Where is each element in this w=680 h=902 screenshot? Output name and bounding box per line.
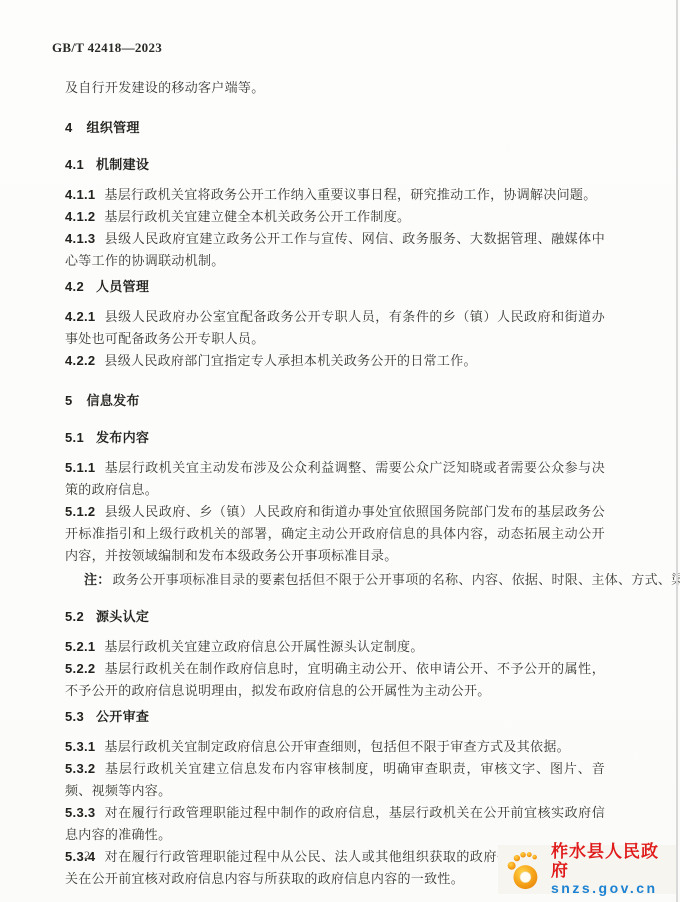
page-content: GB/T 42418—2023 及自行开发建设的移动客户端等。4组织管理4.1机… [65,37,605,890]
clause-number: 4.1.2 [65,209,95,224]
clause-5.2.2: 5.2.2基层行政机关在制作政府信息时，宜明确主动公开、依申请公开、不予公开的属… [65,658,605,702]
body-text: 基层行政机关宜制定政府信息公开审查细则，包括但不限于审查方式及其依据。 [104,739,570,754]
clause-5.1.2: 5.1.2县级人民政府、乡（镇）人民政府和街道办事处宜依照国务院部门发布的基层政… [65,501,605,567]
clause-number: 4 [65,120,73,135]
clause-number: 4.2.2 [65,353,95,368]
note-label: 注： [84,572,111,587]
intro-paragraph: 及自行开发建设的移动客户端等。 [65,77,605,99]
heading-4.1: 4.1机制建设 [65,154,605,176]
clause-5.3.2: 5.3.2基层行政机关宜建立信息发布内容审核制度，明确审查职责，审核文字、图片、… [65,758,605,802]
standard-code: GB/T 42418—2023 [52,37,605,59]
clause-number: 4.1.1 [65,187,95,202]
heading-4.2: 4.2人员管理 [65,276,605,298]
heading-4: 4组织管理 [65,117,605,139]
clause-number: 5.2.2 [65,661,95,676]
body-text: 基层行政机关宜主动发布涉及公众利益调整、需要公众广泛知晓或者需要公众参与决策的政… [65,460,605,497]
clause-5.2.1: 5.2.1基层行政机关宜建立政府信息公开属性源头认定制度。 [65,636,605,658]
clause-5.1.1: 5.1.1基层行政机关宜主动发布涉及公众利益调整、需要公众广泛知晓或者需要公众参… [65,457,605,501]
clause-4.1.2: 4.1.2基层行政机关宜建立健全本机关政务公开工作制度。 [65,206,605,228]
clause-number: 5 [65,393,73,408]
heading-title: 信息发布 [87,393,140,408]
org-name: 柞水县人民政府 [551,842,676,880]
body-text: 县级人民政府部门宜指定专人承担本机关政务公开的日常工作。 [104,353,476,368]
clause-number: 5.1 [65,430,84,445]
note: 注：政务公开事项标准目录的要素包括但不限于公开事项的名称、内容、依据、时限、主体… [65,569,605,591]
body-text: 县级人民政府、乡（镇）人民政府和街道办事处宜依照国务院部门发布的基层政务公开标准… [65,504,605,563]
body-text: 及自行开发建设的移动客户端等。 [65,80,265,95]
clause-number: 5.3.1 [65,739,95,754]
heading-title: 公开审查 [96,709,149,724]
clause-number: 4.1 [65,157,84,172]
clause-number: 5.1.2 [65,504,95,519]
body-text: 基层行政机关宜将政务公开工作纳入重要议事日程，研究推动工作，协调解决问题。 [104,187,596,202]
page-edge-line [676,0,678,902]
body-text: 县级人民政府宜建立政务公开工作与宣传、网信、政务服务、大数据管理、融媒体中心等工… [65,231,605,268]
clause-number: 5.1.1 [65,460,95,475]
clause-number: 5.3 [65,709,84,724]
body-text: 基层行政机关在制作政府信息时，宜明确主动公开、依申请公开、不予公开的属性，不予公… [65,661,605,698]
clause-4.2.2: 4.2.2县级人民政府部门宜指定专人承担本机关政务公开的日常工作。 [65,350,605,372]
heading-title: 发布内容 [96,430,149,445]
clause-number: 5.2 [65,609,84,624]
body-text: 政务公开事项标准目录的要素包括但不限于公开事项的名称、内容、依据、时限、主体、方… [113,572,680,587]
heading-title: 组织管理 [87,120,140,135]
site-domain: snzs.gov.cn [551,880,676,897]
heading-title: 机制建设 [96,157,149,172]
government-site-watermark: 柞水县人民政府 snzs.gov.cn [498,845,676,894]
watermark-text: 柞水县人民政府 snzs.gov.cn [551,842,676,897]
clause-4.1.1: 4.1.1基层行政机关宜将政务公开工作纳入重要议事日程，研究推动工作，协调解决问… [65,184,605,206]
clause-number: 5.3.3 [65,805,95,820]
page-number: 2 [84,848,90,862]
clause-number: 4.2.1 [65,309,95,324]
body-text: 对在履行行政管理职能过程中制作的政府信息，基层行政机关在公开前宜核实政府信息内容… [65,805,605,842]
clause-number: 5.3.4 [65,849,95,864]
heading-5.3: 5.3公开审查 [65,706,605,728]
clause-4.1.3: 4.1.3县级人民政府宜建立政务公开工作与宣传、网信、政务服务、大数据管理、融媒… [65,228,605,272]
clause-number: 5.3.2 [65,761,95,776]
body-text: 县级人民政府办公室宜配备政务公开专职人员，有条件的乡（镇）人民政府和街道办事处也… [65,309,605,346]
heading-title: 人员管理 [96,279,149,294]
document-body: 及自行开发建设的移动客户端等。4组织管理4.1机制建设4.1.1基层行政机关宜将… [65,77,605,890]
body-text: 基层行政机关宜建立信息发布内容审核制度，明确审查职责，审核文字、图片、音频、视频… [65,761,605,798]
clause-number: 4.2 [65,279,84,294]
clause-5.3.1: 5.3.1基层行政机关宜制定政府信息公开审查细则，包括但不限于审查方式及其依据。 [65,736,605,758]
clause-number: 4.1.3 [65,231,95,246]
body-text: 基层行政机关宜建立政府信息公开属性源头认定制度。 [104,639,423,654]
heading-5.2: 5.2源头认定 [65,606,605,628]
heading-5: 5信息发布 [65,390,605,412]
body-text: 基层行政机关宜建立健全本机关政务公开工作制度。 [104,209,410,224]
heading-title: 源头认定 [96,609,149,624]
heading-5.1: 5.1发布内容 [65,427,605,449]
footprint-sun-icon [505,849,543,891]
clause-5.3.3: 5.3.3对在履行行政管理职能过程中制作的政府信息，基层行政机关在公开前宜核实政… [65,802,605,846]
clause-number: 5.2.1 [65,639,95,654]
clause-4.2.1: 4.2.1县级人民政府办公室宜配备政务公开专职人员，有条件的乡（镇）人民政府和街… [65,306,605,350]
scanned-document-page: GB/T 42418—2023 及自行开发建设的移动客户端等。4组织管理4.1机… [0,0,680,902]
